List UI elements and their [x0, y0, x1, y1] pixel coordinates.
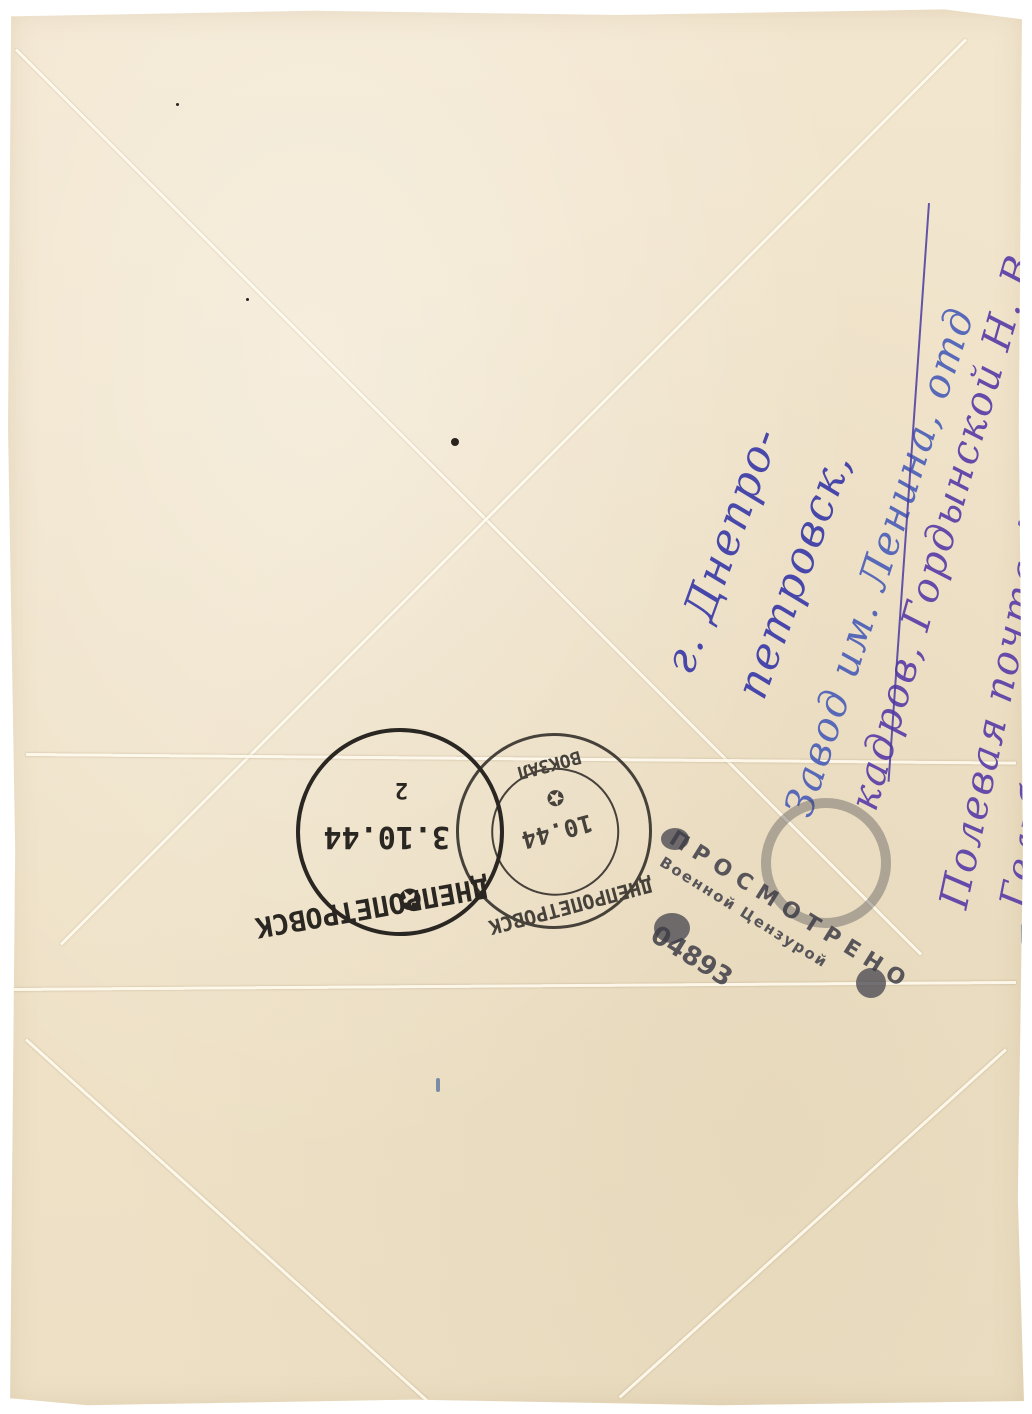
letter-sheet: г. Днепро- петровск, Завод им. Ленина, о…	[6, 8, 1026, 1408]
fold-line	[619, 1048, 1007, 1398]
ink-speck	[246, 298, 249, 301]
ink-mark	[1021, 923, 1027, 945]
ink-mark	[1021, 1108, 1027, 1138]
fold-line	[25, 1038, 428, 1402]
star-icon: ✪	[398, 882, 422, 922]
postmark-branch: 2	[395, 777, 408, 802]
postmark-transit: ДНЕПРОПЕТРОВСК ВОКЗАЛ 10.44 ✪	[434, 711, 674, 951]
ink-speck	[451, 438, 459, 446]
postmark-date: 3.10.44	[324, 819, 450, 854]
ink-speck	[176, 103, 179, 106]
ink-mark	[436, 1078, 440, 1092]
